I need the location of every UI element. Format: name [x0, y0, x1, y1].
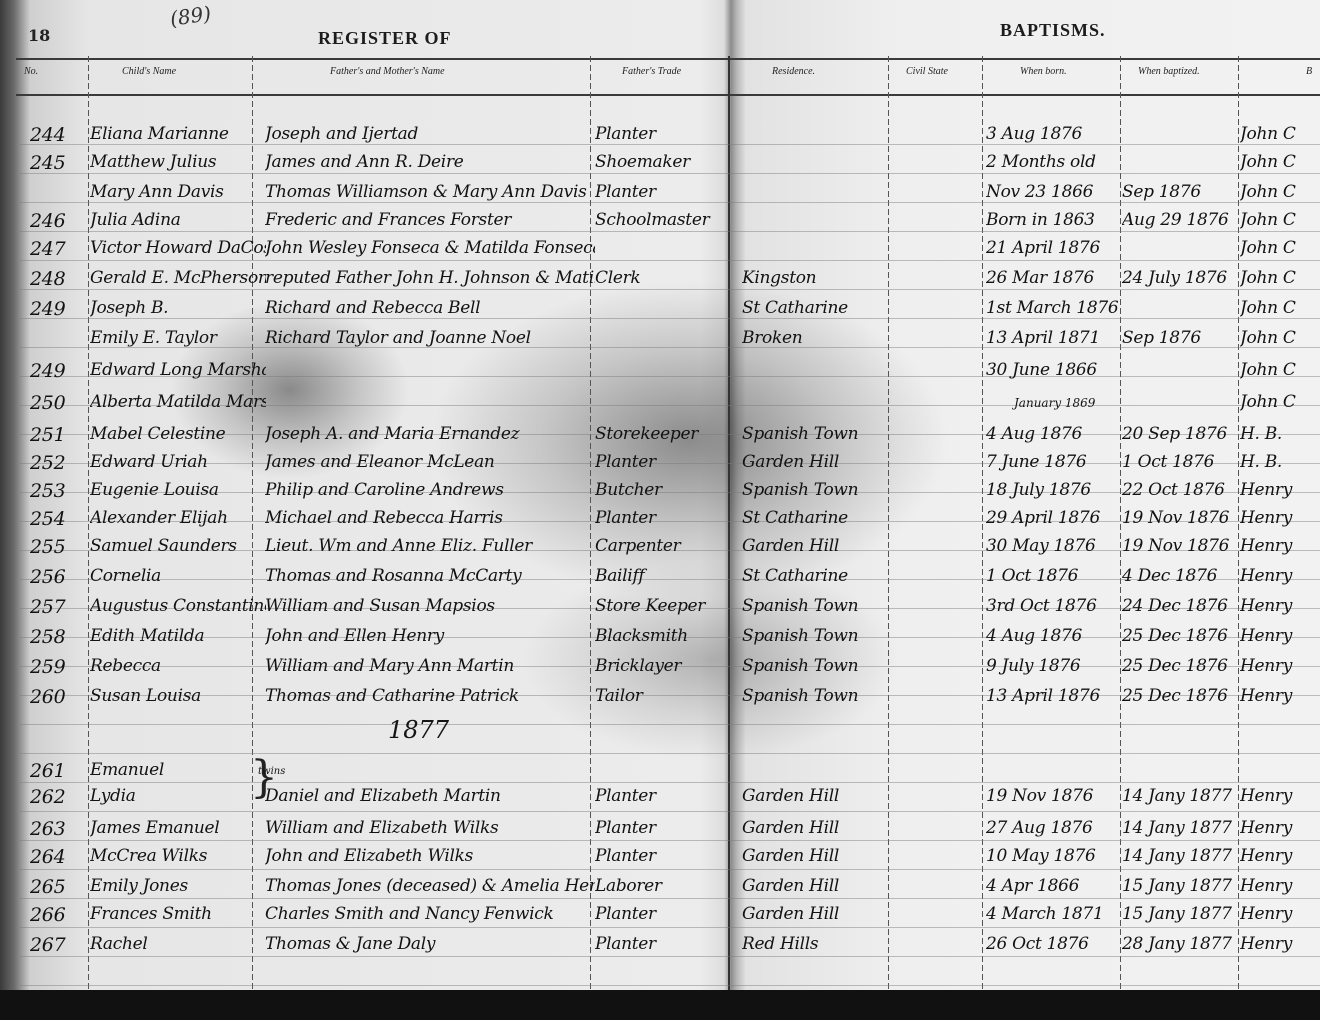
twins-label: twins	[258, 766, 285, 777]
table-row: 251Mabel CelestineJoseph A. and Maria Er…	[0, 424, 1320, 452]
father-trade: Schoolmaster	[595, 210, 725, 230]
child-name: Rebecca	[90, 656, 266, 676]
father-trade: Planter	[595, 846, 725, 866]
child-name: Augustus Constantine	[90, 596, 266, 616]
date-born: 13 April 1871	[986, 328, 1122, 348]
baptized-by: Henry	[1240, 656, 1320, 676]
column-header-when-born: When born.	[1020, 66, 1067, 77]
date-baptized: 25 Dec 1876	[1122, 686, 1240, 706]
year-heading: 1877	[388, 716, 449, 744]
date-baptized: 14 Jany 1877	[1122, 818, 1240, 838]
child-name: Gerald E. McPherson	[90, 268, 266, 288]
child-name: Edith Matilda	[90, 626, 266, 646]
date-baptized: 20 Sep 1876	[1122, 424, 1240, 444]
entry-number: 253	[30, 480, 92, 502]
baptized-by: Henry	[1240, 626, 1320, 646]
table-row: 250Alberta Matilda MarshallJohn C	[0, 392, 1320, 420]
date-born: 1 Oct 1876	[986, 566, 1122, 586]
entry-number: 248	[30, 268, 92, 290]
table-row: 246Julia AdinaFrederic and Frances Forst…	[0, 210, 1320, 238]
baptized-by: Henry	[1240, 508, 1320, 528]
date-baptized: 4 Dec 1876	[1122, 566, 1240, 586]
date-born: 4 Aug 1876	[986, 424, 1122, 444]
child-name: Mary Ann Davis	[90, 182, 266, 202]
baptized-by: Henry	[1240, 536, 1320, 556]
residence: Red Hills	[742, 934, 882, 954]
parents-names: Richard Taylor and Joanne Noel	[265, 328, 595, 348]
date-born: 30 June 1866	[986, 360, 1122, 380]
page-number: 18	[28, 26, 50, 45]
parents-names: John Wesley Fonseca & Matilda Fonseca	[265, 238, 595, 258]
parents-names: William and Susan Mapsios	[265, 596, 595, 616]
baptized-by: Henry	[1240, 846, 1320, 866]
entry-number: 250	[30, 392, 92, 414]
column-header-civil-state: Civil State	[906, 66, 948, 77]
date-born: Born in 1863	[986, 210, 1122, 230]
date-born: 18 July 1876	[986, 480, 1122, 500]
child-name: Eliana Marianne	[90, 124, 266, 144]
date-baptized: 25 Dec 1876	[1122, 656, 1240, 676]
column-header-child: Child's Name	[122, 66, 176, 77]
date-born: 19 Nov 1876	[986, 786, 1122, 806]
register-title-left: REGISTER OF	[318, 28, 452, 49]
entry-number: 265	[30, 876, 92, 898]
baptized-by: Henry	[1240, 904, 1320, 924]
date-born: 29 April 1876	[986, 508, 1122, 528]
parents-names: Philip and Caroline Andrews	[265, 480, 595, 500]
residence: St Catharine	[742, 566, 882, 586]
date-baptized: 19 Nov 1876	[1122, 508, 1240, 528]
table-row: 267RachelThomas & Jane DalyPlanterRed Hi…	[0, 934, 1320, 962]
parents-names: Lieut. Wm and Anne Eliz. Fuller	[265, 536, 595, 556]
child-name: McCrea Wilks	[90, 846, 266, 866]
entry-number: 264	[30, 846, 92, 868]
register-title-right: BAPTISMS.	[1000, 20, 1106, 41]
entry-number: 261	[30, 760, 92, 782]
column-header-by-whom: B	[1306, 66, 1312, 77]
child-name: Edward Long Marshall	[90, 360, 266, 380]
table-row: Emily E. TaylorRichard Taylor and Joanne…	[0, 328, 1320, 356]
table-row: 259RebeccaWilliam and Mary Ann MartinBri…	[0, 656, 1320, 684]
residence: Garden Hill	[742, 536, 882, 556]
residence: Spanish Town	[742, 424, 882, 444]
date-born: 2 Months old	[986, 152, 1122, 172]
date-born: 3rd Oct 1876	[986, 596, 1122, 616]
baptized-by: Henry	[1240, 934, 1320, 954]
date-born: 1st March 1876	[986, 298, 1122, 318]
column-header-parents: Father's and Mother's Name	[330, 66, 445, 77]
child-name: Alexander Elijah	[90, 508, 266, 528]
date-baptized: Sep 1876	[1122, 328, 1240, 348]
date-born: 9 July 1876	[986, 656, 1122, 676]
table-row: 253Eugenie LouisaPhilip and Caroline And…	[0, 480, 1320, 508]
entry-number: 255	[30, 536, 92, 558]
child-name: Samuel Saunders	[90, 536, 266, 556]
parents-names: Thomas Jones (deceased) & Amelia Henry	[265, 876, 595, 896]
table-row: 249Joseph B.Richard and Rebecca BellSt C…	[0, 298, 1320, 326]
baptized-by: John C	[1240, 328, 1320, 348]
entry-number: 245	[30, 152, 92, 174]
parents-names: Thomas and Rosanna McCarty	[265, 566, 595, 586]
father-trade: Planter	[595, 786, 725, 806]
book-edge-shadow	[0, 990, 1320, 1020]
parents-names: Joseph and Ijertad	[265, 124, 595, 144]
residence: Spanish Town	[742, 656, 882, 676]
father-trade: Planter	[595, 452, 725, 472]
residence: Garden Hill	[742, 846, 882, 866]
child-name: Julia Adina	[90, 210, 266, 230]
residence: Spanish Town	[742, 686, 882, 706]
parents-names: Thomas & Jane Daly	[265, 934, 595, 954]
column-header-no: No.	[24, 66, 38, 77]
residence: Garden Hill	[742, 904, 882, 924]
date-baptized: 24 Dec 1876	[1122, 596, 1240, 616]
baptized-by: Henry	[1240, 480, 1320, 500]
parents-names: reputed Father John H. Johnson & Matilda…	[265, 268, 595, 288]
header-top-rule	[16, 58, 1320, 60]
father-trade: Storekeeper	[595, 424, 725, 444]
column-header-trade: Father's Trade	[622, 66, 681, 77]
parents-names: John and Elizabeth Wilks	[265, 846, 595, 866]
table-row: 245Matthew JuliusJames and Ann R. DeireS…	[0, 152, 1320, 180]
baptized-by: Henry	[1240, 786, 1320, 806]
ruled-line	[20, 753, 1320, 754]
entry-number: 251	[30, 424, 92, 446]
table-row: 258Edith MatildaJohn and Ellen HenryBlac…	[0, 626, 1320, 654]
column-header-when-baptized: When baptized.	[1138, 66, 1200, 77]
table-row: 260Susan LouisaThomas and Catharine Patr…	[0, 686, 1320, 714]
table-row: 249Edward Long Marshall30 June 1866John …	[0, 360, 1320, 388]
child-name: Lydia	[90, 786, 266, 806]
parents-names: William and Elizabeth Wilks	[265, 818, 595, 838]
parents-names: Frederic and Frances Forster	[265, 210, 595, 230]
baptized-by: H. B.	[1240, 424, 1320, 444]
entry-number: 266	[30, 904, 92, 926]
entry-number: 244	[30, 124, 92, 146]
entry-number: 246	[30, 210, 92, 232]
date-born: 10 May 1876	[986, 846, 1122, 866]
date-born: 27 Aug 1876	[986, 818, 1122, 838]
date-baptized: 14 Jany 1877	[1122, 786, 1240, 806]
father-trade: Carpenter	[595, 536, 725, 556]
date-born: Nov 23 1866	[986, 182, 1122, 202]
date-born: 7 June 1876	[986, 452, 1122, 472]
ruled-line	[20, 985, 1320, 986]
father-trade: Planter	[595, 934, 725, 954]
table-row: 256CorneliaThomas and Rosanna McCartyBai…	[0, 566, 1320, 594]
parents-names: Daniel and Elizabeth Martin	[265, 786, 595, 806]
date-born: 4 March 1871	[986, 904, 1122, 924]
entry-number: 256	[30, 566, 92, 588]
child-name: Susan Louisa	[90, 686, 266, 706]
parents-names: James and Ann R. Deire	[265, 152, 595, 172]
baptized-by: Henry	[1240, 876, 1320, 896]
baptized-by: John C	[1240, 268, 1320, 288]
father-trade: Planter	[595, 818, 725, 838]
child-name: Joseph B.	[90, 298, 266, 318]
entry-number: 263	[30, 818, 92, 840]
parents-names: John and Ellen Henry	[265, 626, 595, 646]
father-trade: Butcher	[595, 480, 725, 500]
table-row: 254Alexander ElijahMichael and Rebecca H…	[0, 508, 1320, 536]
father-trade: Shoemaker	[595, 152, 725, 172]
child-name: Victor Howard DaCosta	[90, 238, 266, 258]
table-row: 248Gerald E. McPhersonreputed Father Joh…	[0, 268, 1320, 296]
residence: Garden Hill	[742, 876, 882, 896]
header-bottom-rule	[16, 94, 1320, 96]
child-name: Mabel Celestine	[90, 424, 266, 444]
baptized-by: John C	[1240, 210, 1320, 230]
entry-number: 262	[30, 786, 92, 808]
residence: Kingston	[742, 268, 882, 288]
father-trade: Planter	[595, 124, 725, 144]
table-row: 264McCrea WilksJohn and Elizabeth WilksP…	[0, 846, 1320, 874]
column-header-residence: Residence.	[772, 66, 815, 77]
father-trade: Planter	[595, 508, 725, 528]
entry-number: 249	[30, 360, 92, 382]
date-baptized: 15 Jany 1877	[1122, 904, 1240, 924]
father-trade: Laborer	[595, 876, 725, 896]
table-row: 261Emanuel	[0, 760, 1320, 788]
date-born: 30 May 1876	[986, 536, 1122, 556]
father-trade: Tailor	[595, 686, 725, 706]
table-row: 263James EmanuelWilliam and Elizabeth Wi…	[0, 818, 1320, 846]
entry-number: 259	[30, 656, 92, 678]
table-row: 247Victor Howard DaCostaJohn Wesley Fons…	[0, 238, 1320, 266]
child-name: Rachel	[90, 934, 266, 954]
residence: St Catharine	[742, 508, 882, 528]
residence: Garden Hill	[742, 786, 882, 806]
child-name: Emily E. Taylor	[90, 328, 266, 348]
date-baptized: 1 Oct 1876	[1122, 452, 1240, 472]
father-trade: Bailiff	[595, 566, 725, 586]
parents-names: Michael and Rebecca Harris	[265, 508, 595, 528]
residence: Broken	[742, 328, 882, 348]
date-baptized: 14 Jany 1877	[1122, 846, 1240, 866]
child-name: Cornelia	[90, 566, 266, 586]
residence: Garden Hill	[742, 818, 882, 838]
folio-mark: (89)	[169, 1, 213, 30]
father-trade: Clerk	[595, 268, 725, 288]
date-baptized: Sep 1876	[1122, 182, 1240, 202]
table-row: 262LydiaDaniel and Elizabeth MartinPlant…	[0, 786, 1320, 814]
table-row: Mary Ann DavisThomas Williamson & Mary A…	[0, 182, 1320, 210]
date-born: 4 Apr 1866	[986, 876, 1122, 896]
residence: Spanish Town	[742, 626, 882, 646]
entry-number: 252	[30, 452, 92, 474]
child-name: James Emanuel	[90, 818, 266, 838]
father-trade: Planter	[595, 182, 725, 202]
date-baptized: 28 Jany 1877	[1122, 934, 1240, 954]
date-baptized: Aug 29 1876	[1122, 210, 1240, 230]
father-trade: Blacksmith	[595, 626, 725, 646]
child-name: Edward Uriah	[90, 452, 266, 472]
date-baptized: 19 Nov 1876	[1122, 536, 1240, 556]
baptized-by: John C	[1240, 124, 1320, 144]
entry-number: 254	[30, 508, 92, 530]
child-name: Emily Jones	[90, 876, 266, 896]
child-name: Alberta Matilda Marshall	[90, 392, 266, 412]
register-page-spread: 18 (89) REGISTER OF BAPTISMS. No. Child'…	[0, 0, 1320, 1000]
child-name: Emanuel	[90, 760, 266, 780]
parents-names: James and Eleanor McLean	[265, 452, 595, 472]
date-born: 4 Aug 1876	[986, 626, 1122, 646]
residence: St Catharine	[742, 298, 882, 318]
table-row: 244Eliana MarianneJoseph and IjertadPlan…	[0, 124, 1320, 152]
entry-number: 257	[30, 596, 92, 618]
date-baptized: 25 Dec 1876	[1122, 626, 1240, 646]
baptized-by: John C	[1240, 298, 1320, 318]
date-baptized: 22 Oct 1876	[1122, 480, 1240, 500]
baptized-by: H. B.	[1240, 452, 1320, 472]
date-baptized: 15 Jany 1877	[1122, 876, 1240, 896]
entry-number: 247	[30, 238, 92, 260]
baptized-by: Henry	[1240, 686, 1320, 706]
baptized-by: John C	[1240, 182, 1320, 202]
baptized-by: Henry	[1240, 566, 1320, 586]
residence: Spanish Town	[742, 596, 882, 616]
table-row: 265Emily JonesThomas Jones (deceased) & …	[0, 876, 1320, 904]
entry-number: 258	[30, 626, 92, 648]
date-born: 13 April 1876	[986, 686, 1122, 706]
parents-names: Thomas and Catharine Patrick	[265, 686, 595, 706]
father-trade: Store Keeper	[595, 596, 725, 616]
baptized-by: John C	[1240, 392, 1320, 412]
entry-number: 267	[30, 934, 92, 956]
twins-brace: }	[250, 752, 278, 803]
parents-names: Richard and Rebecca Bell	[265, 298, 595, 318]
date-born: 26 Oct 1876	[986, 934, 1122, 954]
parents-names: Thomas Williamson & Mary Ann Davis	[265, 182, 595, 202]
parents-names: Joseph A. and Maria Ernandez	[265, 424, 595, 444]
baptized-by: Henry	[1240, 596, 1320, 616]
parents-names: William and Mary Ann Martin	[265, 656, 595, 676]
father-trade: Planter	[595, 904, 725, 924]
baptized-by: John C	[1240, 152, 1320, 172]
table-row: 255Samuel SaundersLieut. Wm and Anne Eli…	[0, 536, 1320, 564]
entry-number: 260	[30, 686, 92, 708]
ruled-line	[20, 724, 1320, 725]
date-born: 26 Mar 1876	[986, 268, 1122, 288]
child-name: Matthew Julius	[90, 152, 266, 172]
table-row: 266Frances SmithCharles Smith and Nancy …	[0, 904, 1320, 932]
parents-names: Charles Smith and Nancy Fenwick	[265, 904, 595, 924]
baptized-by: John C	[1240, 238, 1320, 258]
date-born: 21 April 1876	[986, 238, 1122, 258]
born-note: January 1869	[1014, 396, 1095, 410]
residence: Spanish Town	[742, 480, 882, 500]
baptized-by: John C	[1240, 360, 1320, 380]
date-born: 3 Aug 1876	[986, 124, 1122, 144]
table-row: 257Augustus ConstantineWilliam and Susan…	[0, 596, 1320, 624]
baptized-by: Henry	[1240, 818, 1320, 838]
date-baptized: 24 July 1876	[1122, 268, 1240, 288]
child-name: Frances Smith	[90, 904, 266, 924]
child-name: Eugenie Louisa	[90, 480, 266, 500]
table-row: 252Edward UriahJames and Eleanor McLeanP…	[0, 452, 1320, 480]
residence: Garden Hill	[742, 452, 882, 472]
entry-number: 249	[30, 298, 92, 320]
father-trade: Bricklayer	[595, 656, 725, 676]
